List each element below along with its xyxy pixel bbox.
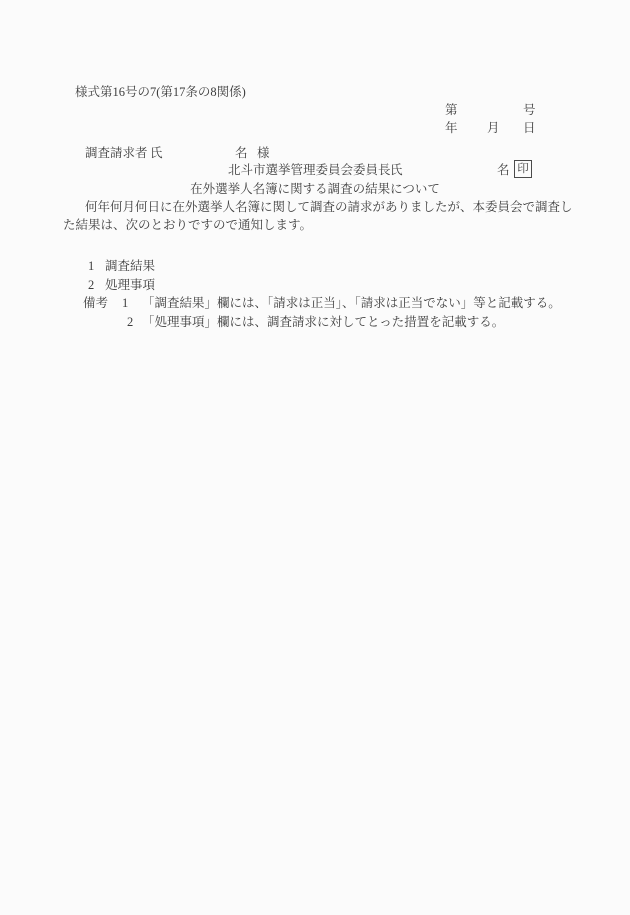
form-number: 様式第16号の7(第17条の8関係) — [75, 85, 246, 100]
chairman-surname-label: 氏 — [390, 163, 403, 178]
date-month-label: 月 — [487, 121, 500, 136]
note-2-text: 「処理事項」欄には、調査請求に対してとった措置を記載する。 — [142, 315, 504, 330]
requester-givenname-label: 名 — [235, 146, 248, 161]
note-2-number: 2 — [127, 315, 133, 330]
note-1-text: 「調査結果」欄には、「請求は正当」、「請求は正当でない」等と記載する。 — [142, 296, 561, 311]
result-item-1-label: 調査結果 — [105, 259, 155, 274]
date-day-label: 日 — [523, 121, 536, 136]
doc-number-prefix: 第 — [445, 103, 458, 118]
chairman-givenname-label: 名 — [497, 163, 510, 178]
body-line-2: た結果は、次のとおりですので通知します。 — [63, 218, 312, 233]
body-line-1: 何年何月何日に在外選挙人名簿に関して調査の請求がありましたが、本委員会で調査し — [85, 200, 573, 215]
requester-honorific: 様 — [257, 146, 270, 161]
requester-surname-label: 氏 — [150, 146, 163, 161]
requester-label: 調査請求者 — [85, 146, 148, 161]
doc-number-suffix: 号 — [523, 103, 536, 118]
document-page: 様式第16号の7(第17条の8関係) 第 号 年 月 日 調査請求者 氏 名 様… — [0, 0, 630, 915]
seal-stamp-box: 印 — [514, 160, 532, 178]
date-year-label: 年 — [445, 121, 458, 136]
notes-label: 備考 — [83, 296, 108, 311]
result-item-1-number: 1 — [88, 259, 94, 274]
chairman-title: 北斗市選挙管理委員会委員長 — [228, 163, 391, 178]
result-item-2-number: 2 — [88, 278, 94, 293]
document-title: 在外選挙人名簿に関する調査の結果について — [0, 182, 630, 197]
note-1-number: 1 — [122, 296, 128, 311]
result-item-2-label: 処理事項 — [105, 278, 155, 293]
